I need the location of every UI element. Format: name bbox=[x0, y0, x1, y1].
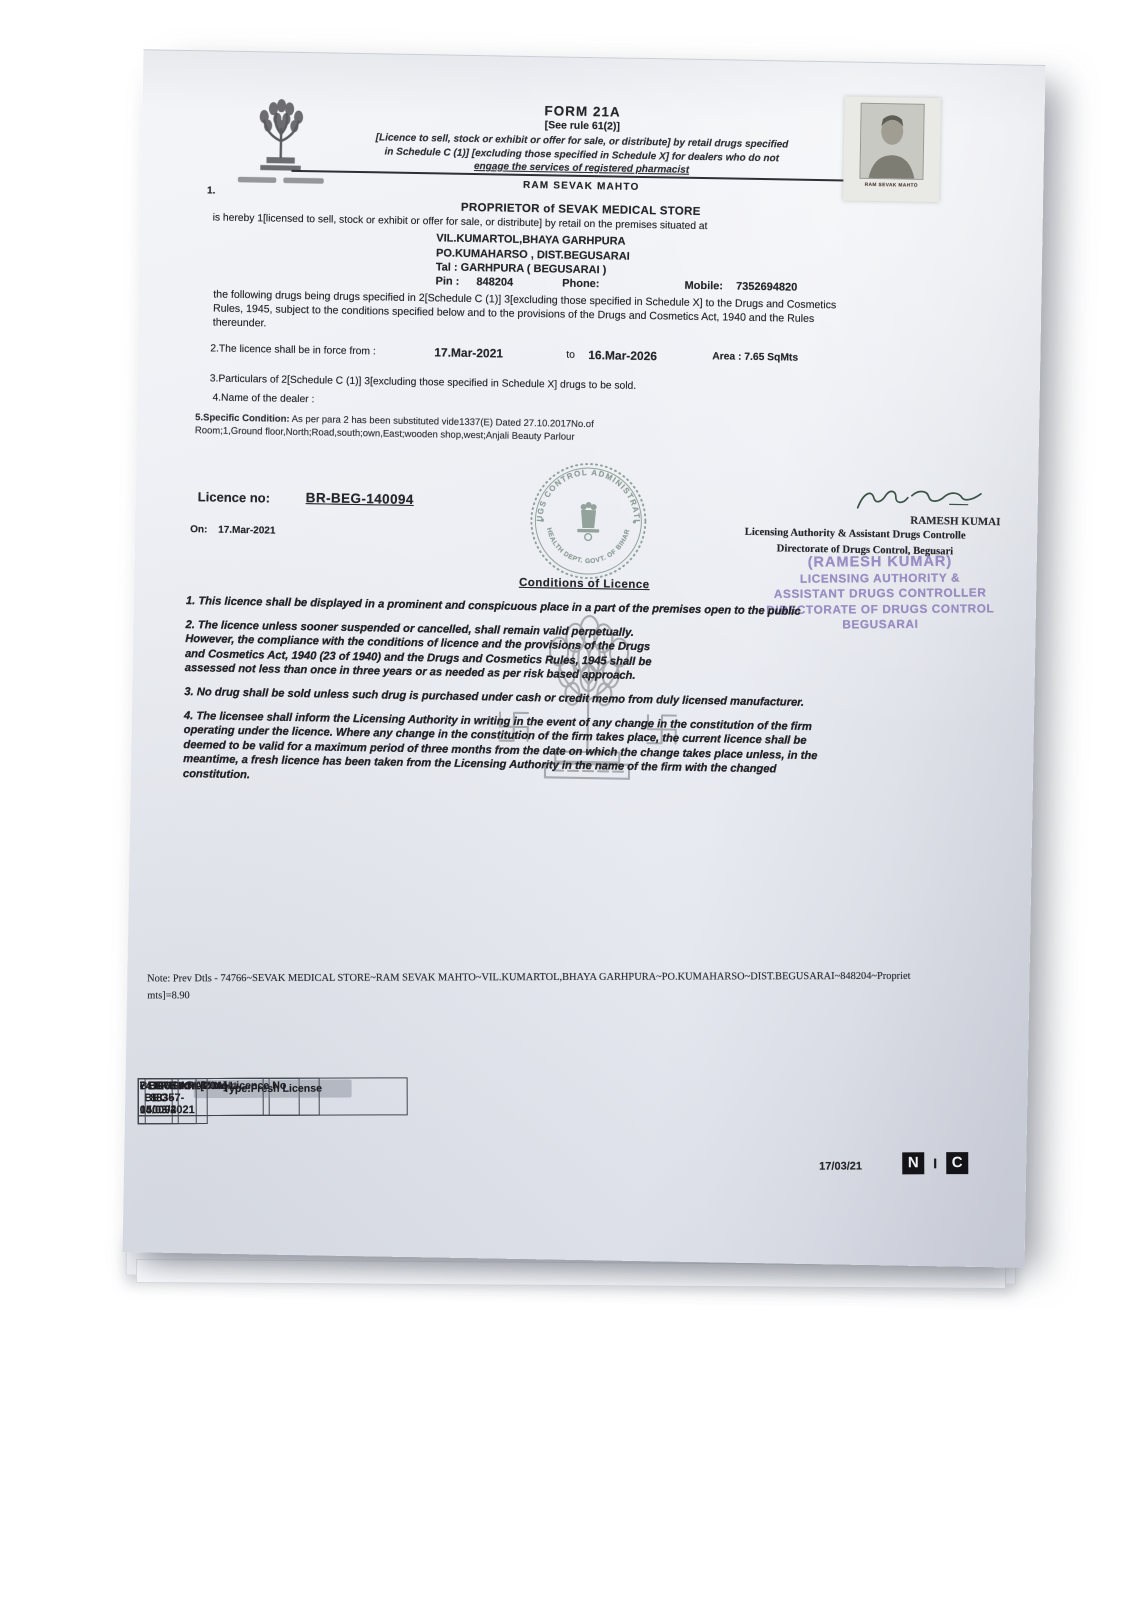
premises-area: Area : 7.65 SqMts bbox=[712, 351, 798, 363]
applicant-photo bbox=[859, 103, 924, 180]
note-line: Note: Prev Dtls - 74766~SEVAK MEDICAL ST… bbox=[147, 967, 1019, 987]
nic-letter-n: N bbox=[902, 1152, 924, 1174]
specific-condition-label: 5.Specific Condition: bbox=[195, 412, 290, 425]
svg-text:HEALTH DEPT. GOVT. OF BIHAR: HEALTH DEPT. GOVT. OF BIHAR bbox=[544, 527, 631, 566]
conditions-list: 1. This licence shall be displayed in a … bbox=[183, 594, 886, 803]
valid-to-date: 16.Mar-2026 bbox=[588, 348, 657, 363]
applicant-photo-card: RAM SEVAK MAHTO bbox=[843, 96, 941, 202]
nic-letter-c: C bbox=[946, 1152, 968, 1174]
margin-marker: 1. bbox=[207, 185, 216, 196]
mobile-value: 7352694820 bbox=[736, 281, 797, 294]
issued-on-line: On: 17.Mar-2021 bbox=[190, 524, 275, 536]
drugs-paragraph: the following drugs being drugs specifie… bbox=[213, 287, 850, 340]
condition-item: 2. The licence unless sooner suspended o… bbox=[185, 618, 658, 685]
licence-no-label: Licence no: bbox=[198, 489, 271, 505]
premises-address: VIL.KUMARTOL,BHAYA GARHPURA PO.KUMAHARSO… bbox=[436, 231, 630, 278]
licence-number: BR-BEG-140094 bbox=[306, 490, 414, 507]
nic-logo: N I C bbox=[902, 1152, 968, 1174]
previous-details-note: Note: Prev Dtls - 74766~SEVAK MEDICAL ST… bbox=[147, 967, 1019, 1004]
mobile-row: Mobile: 7352694820 bbox=[684, 280, 797, 294]
cell-old-lic-no: - bbox=[138, 1078, 146, 1124]
signature-handwriting bbox=[854, 487, 986, 517]
particulars-line: 3.Particulars of 2[Schedule C (1)] 3[exc… bbox=[210, 373, 637, 391]
authority-title-line1: Licensing Authority & Assistant Drugs Co… bbox=[680, 526, 1030, 543]
person-silhouette-icon bbox=[860, 104, 923, 179]
issue-date: 17.Mar-2021 bbox=[218, 525, 275, 537]
dealer-name-line: 4.Name of the dealer : bbox=[212, 392, 314, 405]
valid-from-date: 17.Mar-2021 bbox=[434, 345, 503, 360]
licence-document-page: 1. FORM 21A [See rule 61(2)] [Licence to… bbox=[123, 49, 1046, 1268]
ashoka-emblem-icon bbox=[577, 502, 600, 541]
photo-backdrop: 1. FORM 21A [See rule 61(2)] [Licence to… bbox=[0, 0, 1131, 1600]
on-label: On: bbox=[190, 524, 207, 535]
to-label: to bbox=[566, 350, 575, 361]
print-date: 17/03/21 bbox=[819, 1160, 862, 1172]
mobile-label: Mobile: bbox=[684, 280, 723, 293]
pin-label: Pin : bbox=[435, 275, 459, 287]
seal-bottom-text: HEALTH DEPT. GOVT. OF BIHAR bbox=[544, 527, 631, 566]
phone-label: Phone: bbox=[562, 278, 599, 291]
condition-item: 4. The licensee shall inform the Licensi… bbox=[183, 709, 844, 793]
nic-letter-i: I bbox=[933, 1155, 937, 1171]
form-header: FORM 21A [See rule 61(2)] [Licence to se… bbox=[281, 99, 882, 181]
licence-summary-table: District FDCA File No Type:Fresh License… bbox=[138, 1075, 996, 1078]
photo-caption: RAM SEVAK MAHTO bbox=[843, 182, 939, 189]
specific-condition: 5.Specific Condition: As per para 2 has … bbox=[195, 412, 643, 445]
drugs-control-round-seal: DRUGS CONTROL ADMINISTRATION HEALTH DEPT… bbox=[524, 457, 652, 585]
pin-phone-row: Pin : 848204 Phone: bbox=[435, 275, 599, 290]
pin-value: 848204 bbox=[476, 276, 513, 289]
condition-item: 3. No drug shall be sold unless such dru… bbox=[184, 685, 832, 711]
note-line: mts]=8.90 bbox=[147, 984, 1019, 1004]
validity-label: 2.The licence shall be in force from : bbox=[210, 343, 376, 357]
